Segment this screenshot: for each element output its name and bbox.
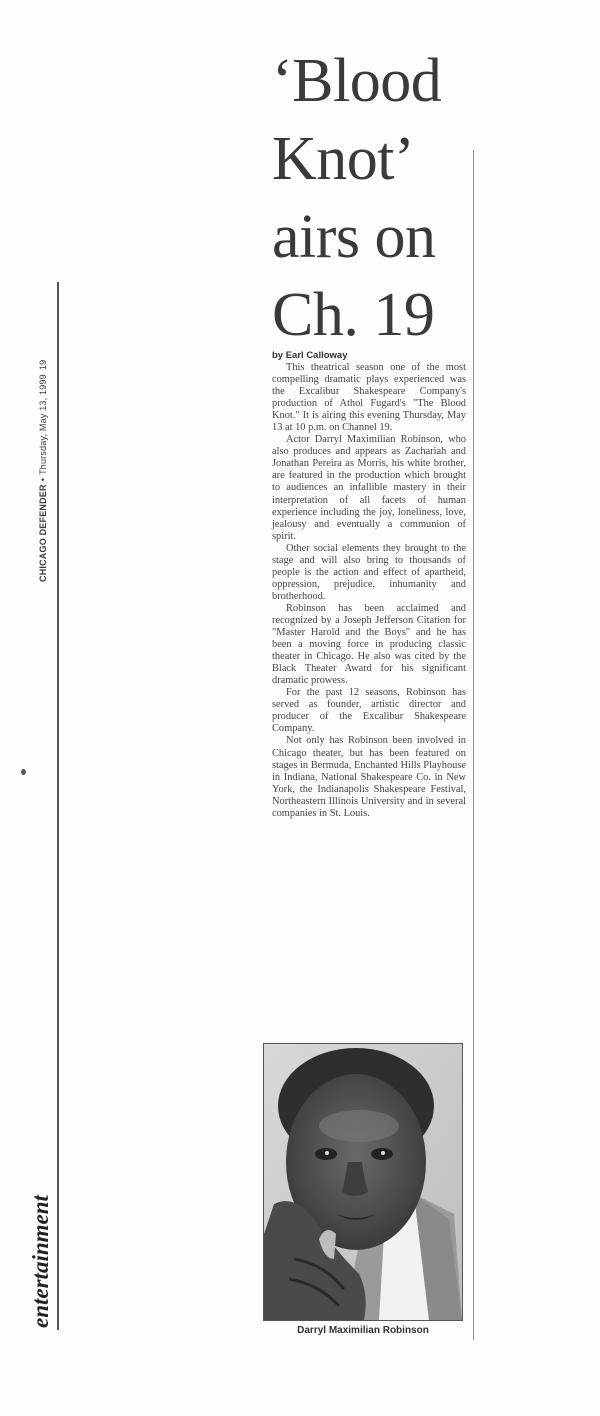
article-paragraph: Other social elements they brought to th… — [272, 543, 466, 603]
article-paragraph: This theatrical season one of the most c… — [272, 362, 466, 434]
article-paragraph: Robinson has been acclaimed and recogniz… — [272, 603, 466, 687]
headline-line: ‘Blood — [272, 42, 472, 120]
newspaper-clipping: CHICAGO DEFENDER•Thursday, May 13, 19991… — [0, 0, 600, 1416]
byline: by Earl Calloway — [272, 350, 348, 361]
headline: ‘Blood Knot’ airs on Ch. 19 — [272, 42, 472, 354]
portrait-photo — [263, 1043, 463, 1321]
headline-line: Ch. 19 — [272, 276, 472, 354]
paper-speck — [21, 769, 26, 775]
headline-line: airs on — [272, 198, 472, 276]
article-paragraph: Not only has Robinson been involved in C… — [272, 735, 466, 819]
column-rule — [473, 150, 474, 1340]
article-paragraph: Actor Darryl Maximilian Robinson, who al… — [272, 434, 466, 542]
headline-line: Knot’ — [272, 120, 472, 198]
publication-name: CHICAGO DEFENDER — [38, 484, 48, 582]
folio-line: CHICAGO DEFENDER•Thursday, May 13, 19991… — [38, 282, 48, 582]
folio-separator: • — [38, 478, 48, 481]
article-body: This theatrical season one of the most c… — [272, 362, 466, 820]
publication-date: Thursday, May 13, 1999 — [38, 374, 48, 475]
section-label: entertainment — [28, 1148, 54, 1328]
folio-rule — [57, 282, 59, 1330]
photo-caption: Darryl Maximilian Robinson — [263, 1325, 463, 1336]
page-number: 19 — [38, 360, 48, 370]
portrait-image-icon — [264, 1044, 462, 1320]
article-paragraph: For the past 12 seasons, Robinson has se… — [272, 687, 466, 735]
